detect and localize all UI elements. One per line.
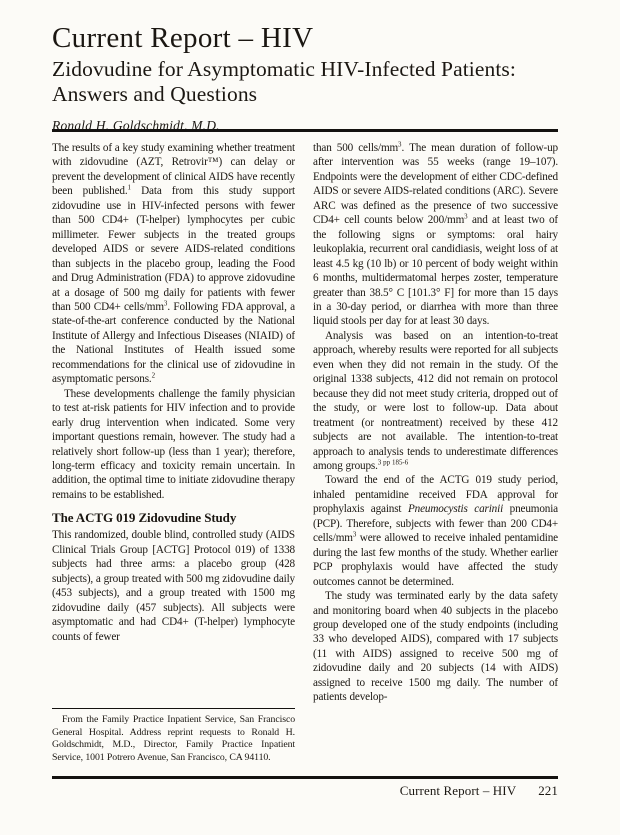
body-paragraph: The study was terminated early by the da… bbox=[313, 589, 558, 705]
footer-journal-title: Current Report – HIV bbox=[400, 783, 516, 798]
body-paragraph: The results of a key study examining whe… bbox=[52, 141, 295, 387]
article-header: Current Report – HIV Zidovudine for Asym… bbox=[52, 22, 558, 134]
body-paragraph: Analysis was based on an intention-to-tr… bbox=[313, 329, 558, 474]
body-paragraph: These developments challenge the family … bbox=[52, 387, 295, 503]
right-column: than 500 cells/mm3. The mean duration of… bbox=[313, 141, 558, 773]
article-body: The results of a key study examining whe… bbox=[52, 141, 558, 773]
footer-page-number: 221 bbox=[538, 783, 558, 798]
body-paragraph: than 500 cells/mm3. The mean duration of… bbox=[313, 141, 558, 329]
page-footer: Current Report – HIV221 bbox=[400, 783, 558, 799]
journal-article-page: Current Report – HIV Zidovudine for Asym… bbox=[0, 0, 620, 835]
left-column: The results of a key study examining whe… bbox=[52, 141, 295, 707]
series-title: Current Report – HIV bbox=[52, 22, 558, 55]
body-paragraph: Toward the end of the ACTG 019 study per… bbox=[313, 473, 558, 589]
article-title-line-1: Zidovudine for Asymptomatic HIV-Infected… bbox=[52, 57, 558, 82]
article-title-line-2: Answers and Questions bbox=[52, 82, 558, 107]
section-heading: The ACTG 019 Zidovudine Study bbox=[52, 510, 295, 525]
affiliation-footnote: From the Family Practice Inpatient Servi… bbox=[52, 708, 295, 764]
footer-divider-rule bbox=[52, 776, 558, 779]
body-paragraph: This randomized, double blind, controlle… bbox=[52, 528, 295, 644]
article-title: Zidovudine for Asymptomatic HIV-Infected… bbox=[52, 57, 558, 106]
header-divider-rule bbox=[52, 129, 558, 132]
